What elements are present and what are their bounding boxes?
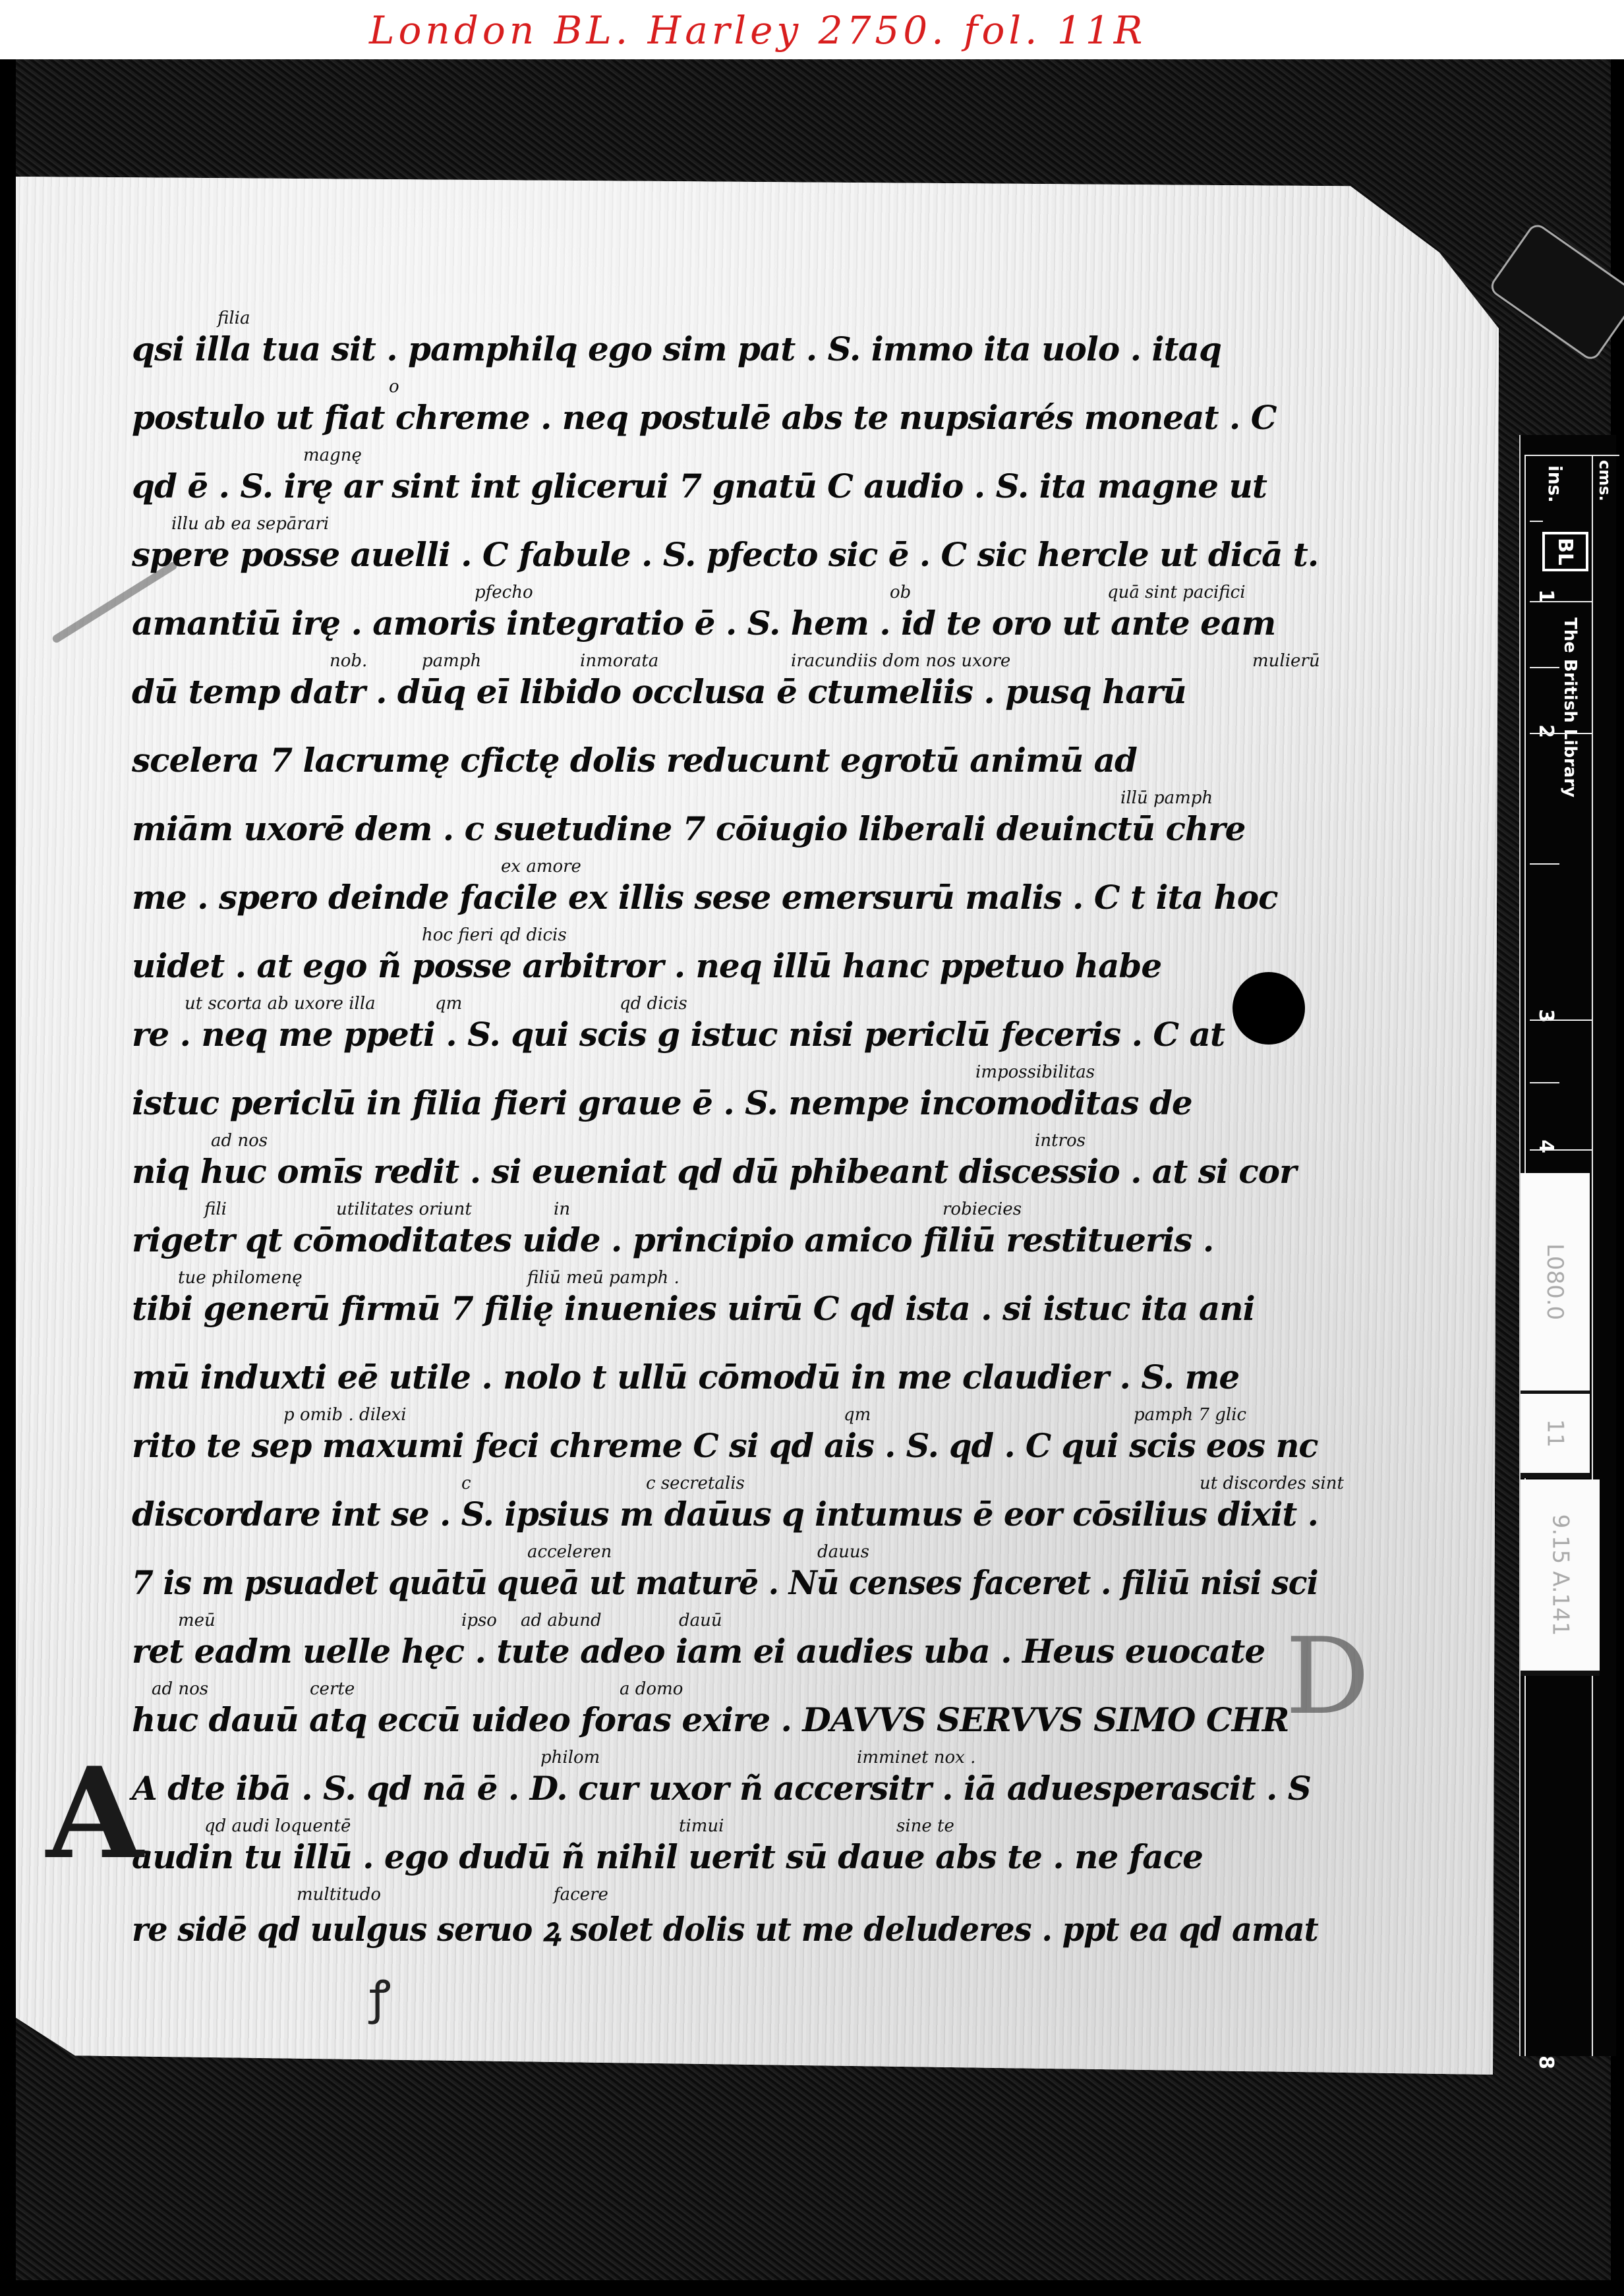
interlinear-gloss: pfecho: [475, 583, 533, 605]
manuscript-line-text: qsi illa tua sit . pamphilq ego sim pat …: [132, 330, 1221, 373]
interlinear-gloss: dauū: [679, 1611, 722, 1633]
ruler-tick: [1530, 863, 1559, 865]
interlinear-gloss: qd audi loquentē: [204, 1816, 351, 1839]
manuscript-line-text: ret eadm uelle hęc . tute adeo iam ei au…: [132, 1632, 1265, 1675]
manuscript-line-text: postulo ut fiat chreme . neq postulē abs…: [132, 398, 1277, 442]
manuscript-line-text: spere posse auelli . C fabule . S. pfect…: [132, 535, 1318, 579]
interlinear-gloss: dauus: [817, 1542, 869, 1564]
shelfmark-annotation: London BL. Harley 2750. fol. 11R: [369, 8, 1146, 53]
manuscript-line: qd audi loquentētimuisine teaudin tu ill…: [132, 1818, 1358, 1886]
manuscript-text-block: filiaqsi illa tua sit . pamphilq ego sim…: [132, 310, 1358, 1955]
label-slip-1: L080.0: [1521, 1173, 1590, 1396]
parchment-hole: [1232, 972, 1305, 1045]
interlinear-gloss: c: [461, 1474, 471, 1496]
shelfmark-strip: London BL. Harley 2750. fol. 11R: [0, 0, 1624, 59]
manuscript-line: impossibilitasistuc periclū in filia fie…: [132, 1064, 1358, 1132]
ruler-tick: [1530, 1019, 1592, 1021]
manuscript-line-text: miām uxorē dem . c suetudine 7 cōiugio l…: [132, 809, 1245, 853]
interlinear-gloss: quā sint pacifici: [1107, 583, 1246, 605]
interlinear-gloss: mulierū: [1252, 651, 1320, 674]
manuscript-line-text: 7 is m psuadet quātū queā ut maturē . Nū…: [132, 1563, 1318, 1607]
ruler-brand-text: The British Library: [1560, 617, 1580, 797]
manuscript-line-text: mū induxti eē utile . nolo t ullū cōmodū…: [132, 1358, 1239, 1401]
interlinear-gloss: qm: [435, 994, 462, 1016]
manuscript-line: opostulo ut fiat chreme . neq postulē ab…: [132, 378, 1358, 447]
label-slip-3: 9.15 A.141: [1521, 1479, 1600, 1676]
interlinear-gloss: robiecies: [942, 1199, 1022, 1222]
interlinear-gloss: nob.: [330, 651, 367, 674]
interlinear-gloss: utilitates oriunt: [336, 1199, 472, 1222]
ruler-tick: [1530, 521, 1543, 522]
label-slip-2: 11: [1521, 1394, 1590, 1478]
interlinear-gloss: facere: [554, 1885, 608, 1907]
manuscript-line-text: rito te sep maxumi feci chreme C si qd a…: [132, 1426, 1318, 1470]
manuscript-line-text: audin tu illū . ego dudū ñ nihil uerit s…: [132, 1837, 1203, 1881]
manuscript-line: philomimminet nox .A dte ibā . S. qd nā …: [132, 1749, 1358, 1818]
interlinear-gloss: o: [389, 377, 399, 399]
interlinear-gloss: imminet nox .: [857, 1748, 975, 1770]
manuscript-line: accelerendauus7 is m psuadet quātū queā …: [132, 1543, 1358, 1612]
manuscript-line: hoc fieri qd dicisuidet . at ego ñ posse…: [132, 927, 1358, 995]
manuscript-line: cc secretalisut discordes sintdiscordare…: [132, 1475, 1358, 1543]
manuscript-line: ex amoreme . spero deinde facile ex illi…: [132, 858, 1358, 927]
manuscript-line-text: re sidē qd uulgus seruo ꝝ solet dolis ut…: [132, 1906, 1318, 1949]
interlinear-gloss: philom: [540, 1748, 600, 1770]
interlinear-gloss: in: [554, 1199, 570, 1222]
manuscript-line: pfechoobquā sint pacificiamantiū irę . a…: [132, 584, 1358, 652]
ruler-number-4: 4: [1534, 1139, 1557, 1153]
interlinear-gloss: tue philomenę: [178, 1268, 303, 1290]
manuscript-line: filiutilitates oriuntinrobieciesrigetr q…: [132, 1201, 1358, 1269]
interlinear-gloss: p omib . dilexi: [283, 1405, 407, 1427]
interlinear-gloss: multitudo: [297, 1885, 381, 1907]
interlinear-gloss: ex amore: [501, 857, 581, 879]
interlinear-gloss: qd dicis: [620, 994, 687, 1016]
interlinear-gloss: acceleren: [527, 1542, 612, 1564]
manuscript-line: p omib . dilexiqmpamph 7 glicrito te sep…: [132, 1406, 1358, 1475]
interlinear-gloss: hoc fieri qd dicis: [422, 925, 567, 948]
manuscript-line: meūipsoad abunddauūret eadm uelle hęc . …: [132, 1612, 1358, 1680]
manuscript-line-text: A dte ibā . S. qd nā ē . D. cur uxor ñ a…: [132, 1769, 1311, 1812]
manuscript-line: multitudofacerere sidē qd uulgus seruo ꝝ…: [132, 1886, 1358, 1955]
manuscript-line-text: scelera 7 lacrumę cfictę dolis reducunt …: [132, 741, 1137, 784]
ruler-tick: [1530, 601, 1592, 602]
manuscript-line-text: istuc periclū in filia fieri graue ē . S…: [132, 1083, 1192, 1127]
decorated-initial-d: D: [1285, 1615, 1370, 1738]
manuscript-line: ut scorta ab uxore illaqmqd dicisre . ne…: [132, 995, 1358, 1064]
ruler-tick: [1530, 667, 1559, 668]
interlinear-gloss: magnę: [303, 445, 362, 468]
interlinear-gloss: ut scorta ab uxore illa: [185, 994, 376, 1016]
interlinear-gloss: intros: [1035, 1131, 1086, 1153]
interlinear-gloss: illu ab ea sepārari: [171, 514, 329, 536]
manuscript-line-text: qd ē . S. irę ar sint int glicerui 7 gna…: [132, 467, 1267, 510]
manuscript-line-text: huc dauū atq eccū uideo foras exire . DA…: [132, 1700, 1289, 1744]
manuscript-line: illu ab ea sepārarispere posse auelli . …: [132, 515, 1358, 584]
manuscript-line: ad nosintrosniq huc omīs redit . si euen…: [132, 1132, 1358, 1201]
interlinear-gloss: impossibilitas: [975, 1062, 1095, 1085]
manuscript-line-text: uidet . at ego ñ posse arbitror . neq il…: [132, 946, 1161, 990]
decorated-initial-a: A: [46, 1740, 143, 1887]
interlinear-gloss: illū pamph: [1120, 788, 1213, 811]
manuscript-line: illū pamphmiām uxorē dem . c suetudine 7…: [132, 789, 1358, 858]
interlinear-gloss: meū: [178, 1611, 216, 1633]
manuscript-line: ad noscertea domohuc dauū atq eccū uideo…: [132, 1680, 1358, 1749]
interlinear-gloss: c secretalis: [646, 1474, 745, 1496]
ruler-number-8: 8: [1534, 2055, 1557, 2069]
interlinear-gloss: filiū meū pamph .: [527, 1268, 680, 1290]
ruler-tick: [1530, 733, 1592, 734]
manuscript-line-text: dū temp datr . dūq eī libido occlusa ē c…: [132, 672, 1186, 716]
interlinear-gloss: pamph 7 glic: [1134, 1405, 1246, 1427]
interlinear-gloss: timui: [679, 1816, 724, 1839]
manuscript-line: magnęqd ē . S. irę ar sint int glicerui …: [132, 447, 1358, 515]
manuscript-line-text: me . spero deinde facile ex illis sese e…: [132, 878, 1278, 921]
manuscript-line: filiaqsi illa tua sit . pamphilq ego sim…: [132, 310, 1358, 378]
manuscript-line-text: amantiū irę . amoris integratio ē . S. h…: [132, 604, 1275, 647]
interlinear-gloss: pamph: [422, 651, 481, 674]
manuscript-line: tue philomenęfiliū meū pamph .tibi gener…: [132, 1269, 1358, 1338]
interlinear-gloss: qm: [844, 1405, 871, 1427]
manuscript-line: mū induxti eē utile . nolo t ullū cōmodū…: [132, 1338, 1358, 1406]
ruler-number-2: 2: [1534, 724, 1557, 738]
british-library-logo-icon: BL: [1542, 532, 1588, 571]
ruler-tick: [1530, 1149, 1592, 1151]
manuscript-line-text: tibi generū firmū 7 filię inuenies uirū …: [132, 1289, 1255, 1333]
marginal-hook-mark: ꝭ: [369, 1964, 391, 2027]
interlinear-gloss: ad abund: [521, 1611, 602, 1633]
interlinear-gloss: ad nos: [211, 1131, 268, 1153]
manuscript-line: scelera 7 lacrumę cfictę dolis reducunt …: [132, 721, 1358, 789]
interlinear-gloss: certe: [310, 1679, 355, 1702]
interlinear-gloss: ipso: [461, 1611, 497, 1633]
ruler-cms-column: cms.: [1592, 455, 1619, 2056]
ruler-unit-inches: ins.: [1544, 465, 1566, 503]
ruler-tick: [1530, 1082, 1559, 1083]
interlinear-gloss: sine te: [896, 1816, 954, 1839]
interlinear-gloss: ad nos: [152, 1679, 208, 1702]
ruler-unit-cms: cms.: [1596, 460, 1614, 502]
interlinear-gloss: iracundiis dom nos uxore: [791, 651, 1010, 674]
interlinear-gloss: filia: [217, 308, 250, 331]
manuscript-line-text: niq huc omīs redit . si eueniat qd dū ph…: [132, 1152, 1296, 1195]
manuscript-line-text: discordare int se . S. ipsius m daūus q …: [132, 1495, 1318, 1538]
interlinear-gloss: ut discordes sint: [1200, 1474, 1344, 1496]
interlinear-gloss: ob: [890, 583, 911, 605]
scale-ruler: ins. BL 1 The British Library 2 3 4 8 cm…: [1519, 435, 1616, 2056]
interlinear-gloss: a domo: [620, 1679, 683, 1702]
manuscript-line: nob.pamphinmoratairacundiis dom nos uxor…: [132, 652, 1358, 721]
manuscript-line-text: re . neq me ppeti . S. qui scis g istuc …: [132, 1015, 1225, 1058]
bottom-border: [0, 2282, 1624, 2296]
manuscript-line-text: rigetr qt cōmoditates uide . principio a…: [132, 1220, 1213, 1264]
interlinear-gloss: fili: [204, 1199, 227, 1222]
interlinear-gloss: inmorata: [580, 651, 658, 674]
